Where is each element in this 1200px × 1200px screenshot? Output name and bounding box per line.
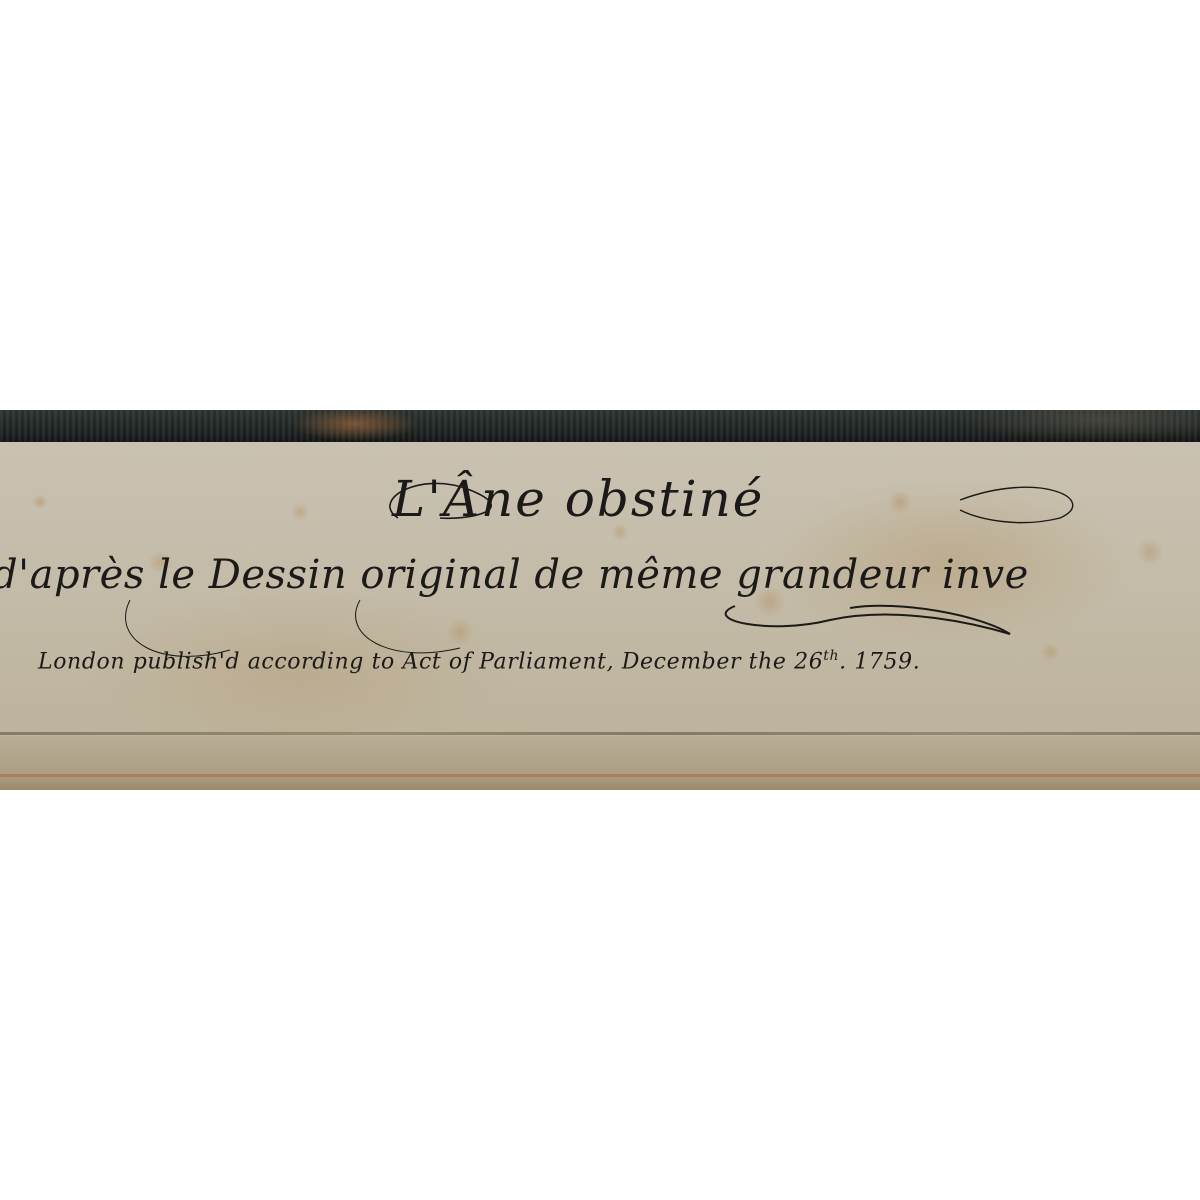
publication-imprint: London publish'd according to Act of Par…	[38, 648, 1200, 674]
print-title: L'Âne obstiné	[392, 470, 1200, 528]
engraving-image-bottom-edge	[0, 410, 1200, 444]
mount-rule-line	[0, 774, 1200, 777]
print-subtitle: d'après le Dessin original de même grand…	[0, 552, 1192, 598]
imprint-year: . 1759.	[839, 649, 920, 674]
imprint-ordinal: th	[823, 648, 839, 664]
imprint-text: London publish'd according to Act of Par…	[38, 649, 823, 674]
engraving-photo: L'Âne obstiné d'après le Dessin original…	[0, 410, 1200, 790]
paper-torn-edge	[0, 732, 1200, 735]
mount-board	[0, 736, 1200, 790]
